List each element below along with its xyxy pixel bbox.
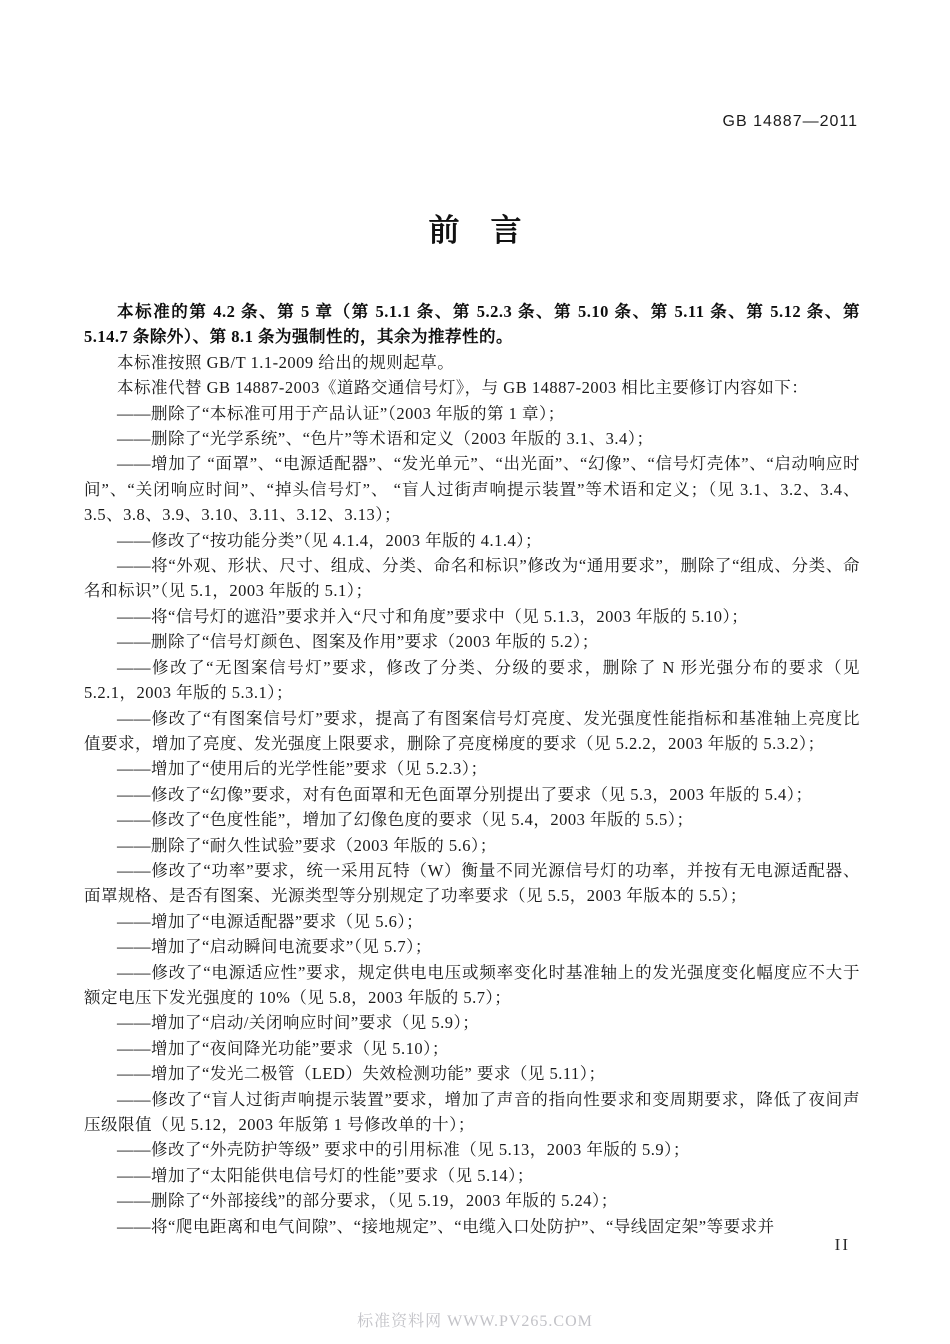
- paragraph: ——修改了“无图案信号灯”要求，修改了分类、分级的要求，删除了 N 形光强分布的…: [84, 655, 860, 706]
- paragraph: ——将“爬电距离和电气间隙”、“接地规定”、“电缆入口处防护”、“导线固定架”等…: [84, 1214, 860, 1239]
- paragraph: ——增加了“夜间降光功能”要求（见 5.10）；: [84, 1036, 860, 1061]
- paragraph: ——修改了“按功能分类”（见 4.1.4，2003 年版的 4.1.4）；: [84, 528, 860, 553]
- paragraph: 本标准按照 GB/T 1.1-2009 给出的规则起草。: [84, 350, 860, 375]
- watermark-text: 标准资料网 WWW.PV265.COM: [0, 1308, 950, 1331]
- paragraph: ——修改了“电源适应性”要求，规定供电电压或频率变化时基准轴上的发光强度变化幅度…: [84, 960, 860, 1011]
- paragraph: ——删除了“本标准可用于产品认证”（2003 年版的第 1 章）；: [84, 401, 860, 426]
- paragraph: ——将“信号灯的遮沿”要求并入“尺寸和角度”要求中（见 5.1.3，2003 年…: [84, 604, 860, 629]
- paragraph: ——删除了“耐久性试验”要求（2003 年版的 5.6）；: [84, 833, 860, 858]
- foreword-title: 前 言: [0, 205, 950, 250]
- paragraph: ——将“外观、形状、尺寸、组成、分类、命名和标识”修改为“通用要求”，删除了“组…: [84, 553, 860, 604]
- paragraph: ——增加了“使用后的光学性能”要求（见 5.2.3）；: [84, 756, 860, 781]
- paragraph: ——修改了“色度性能”，增加了幻像色度的要求（见 5.4，2003 年版的 5.…: [84, 807, 860, 832]
- paragraph: ——修改了“有图案信号灯”要求，提高了有图案信号灯亮度、发光强度性能指标和基准轴…: [84, 706, 860, 757]
- paragraph: ——删除了“信号灯颜色、图案及作用”要求（2003 年版的 5.2）；: [84, 629, 860, 654]
- paragraph: ——增加了 “面罩”、“电源适配器”、“发光单元”、“出光面”、“幻像”、“信号…: [84, 451, 860, 527]
- paragraph: ——修改了“盲人过街声响提示装置”要求，增加了声音的指向性要求和变周期要求，降低…: [84, 1087, 860, 1138]
- paragraph: ——增加了“太阳能供电信号灯的性能”要求（见 5.14）；: [84, 1163, 860, 1188]
- page-number: II: [835, 1235, 850, 1255]
- paragraph: ——删除了“光学系统”、“色片”等术语和定义（2003 年版的 3.1、3.4）…: [84, 426, 860, 451]
- standard-code-header: GB 14887—2011: [723, 113, 858, 131]
- paragraph: ——增加了“启动瞬间电流要求”（见 5.7）；: [84, 934, 860, 959]
- paragraph: ——增加了“启动/关闭响应时间”要求（见 5.9）；: [84, 1010, 860, 1035]
- paragraph: ——删除了“外部接线”的部分要求，（见 5.19，2003 年版的 5.24）；: [84, 1188, 860, 1213]
- paragraph: ——修改了“外壳防护等级” 要求中的引用标准（见 5.13，2003 年版的 5…: [84, 1137, 860, 1162]
- paragraph: 本标准的第 4.2 条、第 5 章（第 5.1.1 条、第 5.2.3 条、第 …: [84, 299, 860, 350]
- paragraph: ——修改了“功率”要求，统一采用瓦特（W）衡量不同光源信号灯的功率，并按有无电源…: [84, 858, 860, 909]
- document-page: GB 14887—2011 前 言 本标准的第 4.2 条、第 5 章（第 5.…: [0, 0, 950, 1344]
- paragraph: 本标准代替 GB 14887-2003《道路交通信号灯》，与 GB 14887-…: [84, 375, 860, 400]
- paragraph: ——增加了“电源适配器”要求（见 5.6）；: [84, 909, 860, 934]
- foreword-body: 本标准的第 4.2 条、第 5 章（第 5.1.1 条、第 5.2.3 条、第 …: [84, 299, 860, 1239]
- paragraph: ——增加了“发光二极管（LED）失效检测功能” 要求（见 5.11）；: [84, 1061, 860, 1086]
- paragraph: ——修改了“幻像”要求，对有色面罩和无色面罩分别提出了要求（见 5.3，2003…: [84, 782, 860, 807]
